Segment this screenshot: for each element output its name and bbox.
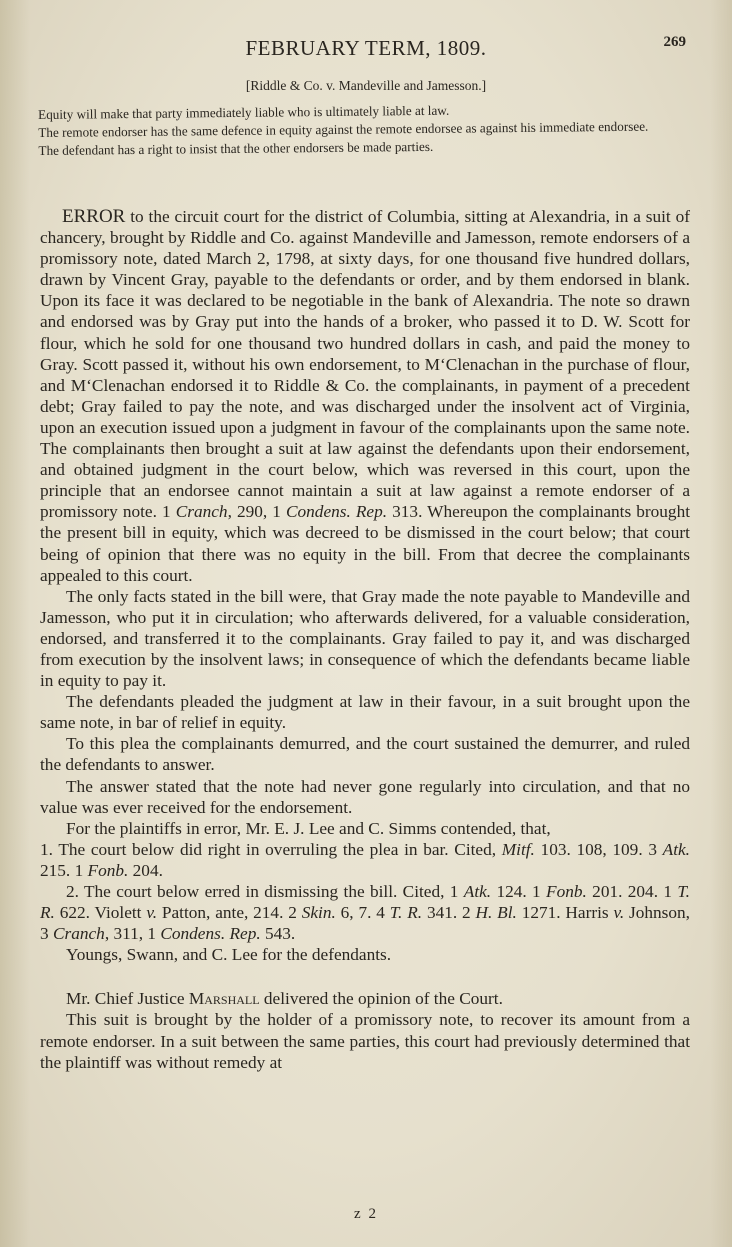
paragraph-counsel-plaintiffs: For the plaintiffs in error, Mr. E. J. L…	[40, 818, 690, 839]
lead-word: ERROR	[62, 206, 125, 227]
book-page: FEBRUARY TERM, 1809. 269 [Riddle & Co. v…	[0, 0, 732, 1247]
text-run: 2. The court below erred in dismissing t…	[66, 882, 464, 901]
text-run: 341. 2	[422, 903, 475, 922]
citation-italic: Cranch	[176, 502, 228, 521]
text-run: Mr. Chief Justice	[66, 989, 189, 1008]
citation-italic: Fonb.	[546, 882, 587, 901]
citation-italic: Atk.	[663, 840, 690, 859]
paragraph-answer: The answer stated that the note had neve…	[40, 776, 690, 818]
text-run: Patton, ante, 214. 2	[157, 903, 302, 922]
paragraph-opinion-intro: Mr. Chief Justice Marshall delivered the…	[40, 988, 690, 1009]
text-run: 103. 108, 109. 3	[535, 840, 663, 859]
paragraph-counsel-defendants: Youngs, Swann, and C. Lee for the defend…	[40, 944, 690, 965]
text-run: 1. The court below did right in overruli…	[40, 840, 502, 859]
text-run: 543.	[261, 924, 296, 943]
paragraph-demurrer: To this plea the complainants demurred, …	[40, 733, 690, 775]
running-head: FEBRUARY TERM, 1809.	[0, 36, 732, 61]
text-run: 204.	[128, 861, 163, 880]
citation-italic: Mitf.	[502, 840, 535, 859]
citation-italic: Skin.	[302, 903, 336, 922]
text-run: 201. 204. 1	[587, 882, 678, 901]
signature-mark: z 2	[0, 1206, 732, 1223]
headnotes: Equity will make that party immediately …	[38, 99, 689, 160]
text-run: to the circuit court for the district of…	[40, 207, 690, 521]
paragraph-statement-of-case: ERROR to the circuit court for the distr…	[40, 206, 690, 586]
citation-italic: Condens. Rep.	[160, 924, 260, 943]
citation-italic: Fonb.	[88, 861, 129, 880]
paragraph-facts: The only facts stated in the bill were, …	[40, 586, 690, 691]
citation-italic: H. Bl.	[476, 903, 517, 922]
citation-italic: v.	[146, 903, 157, 922]
body-text: ERROR to the circuit court for the distr…	[40, 206, 690, 1073]
case-caption: [Riddle & Co. v. Mandeville and Jamesson…	[0, 78, 732, 94]
paragraph-argument-2: 2. The court below erred in dismissing t…	[40, 881, 690, 944]
section-gap	[40, 965, 690, 988]
text-run: , 290, 1	[228, 502, 286, 521]
text-run: 215. 1	[40, 861, 88, 880]
paragraph-opinion: This suit is brought by the holder of a …	[40, 1009, 690, 1072]
justice-name: Marshall	[189, 989, 260, 1008]
text-run: 622. Violett	[55, 903, 146, 922]
citation-italic: Condens. Rep.	[286, 502, 387, 521]
page-number: 269	[664, 34, 687, 51]
paragraph-plea: The defendants pleaded the judgment at l…	[40, 691, 690, 733]
paragraph-argument-1: 1. The court below did right in overruli…	[40, 839, 690, 881]
text-run: , 311, 1	[105, 924, 161, 943]
text-run: 6, 7. 4	[336, 903, 390, 922]
citation-italic: Atk.	[464, 882, 491, 901]
citation-italic: v.	[613, 903, 624, 922]
citation-italic: Cranch	[53, 924, 105, 943]
text-run: delivered the opinion of the Court.	[260, 989, 503, 1008]
text-run: 124. 1	[491, 882, 546, 901]
citation-italic: T. R.	[390, 903, 422, 922]
text-run: 1271. Harris	[517, 903, 614, 922]
